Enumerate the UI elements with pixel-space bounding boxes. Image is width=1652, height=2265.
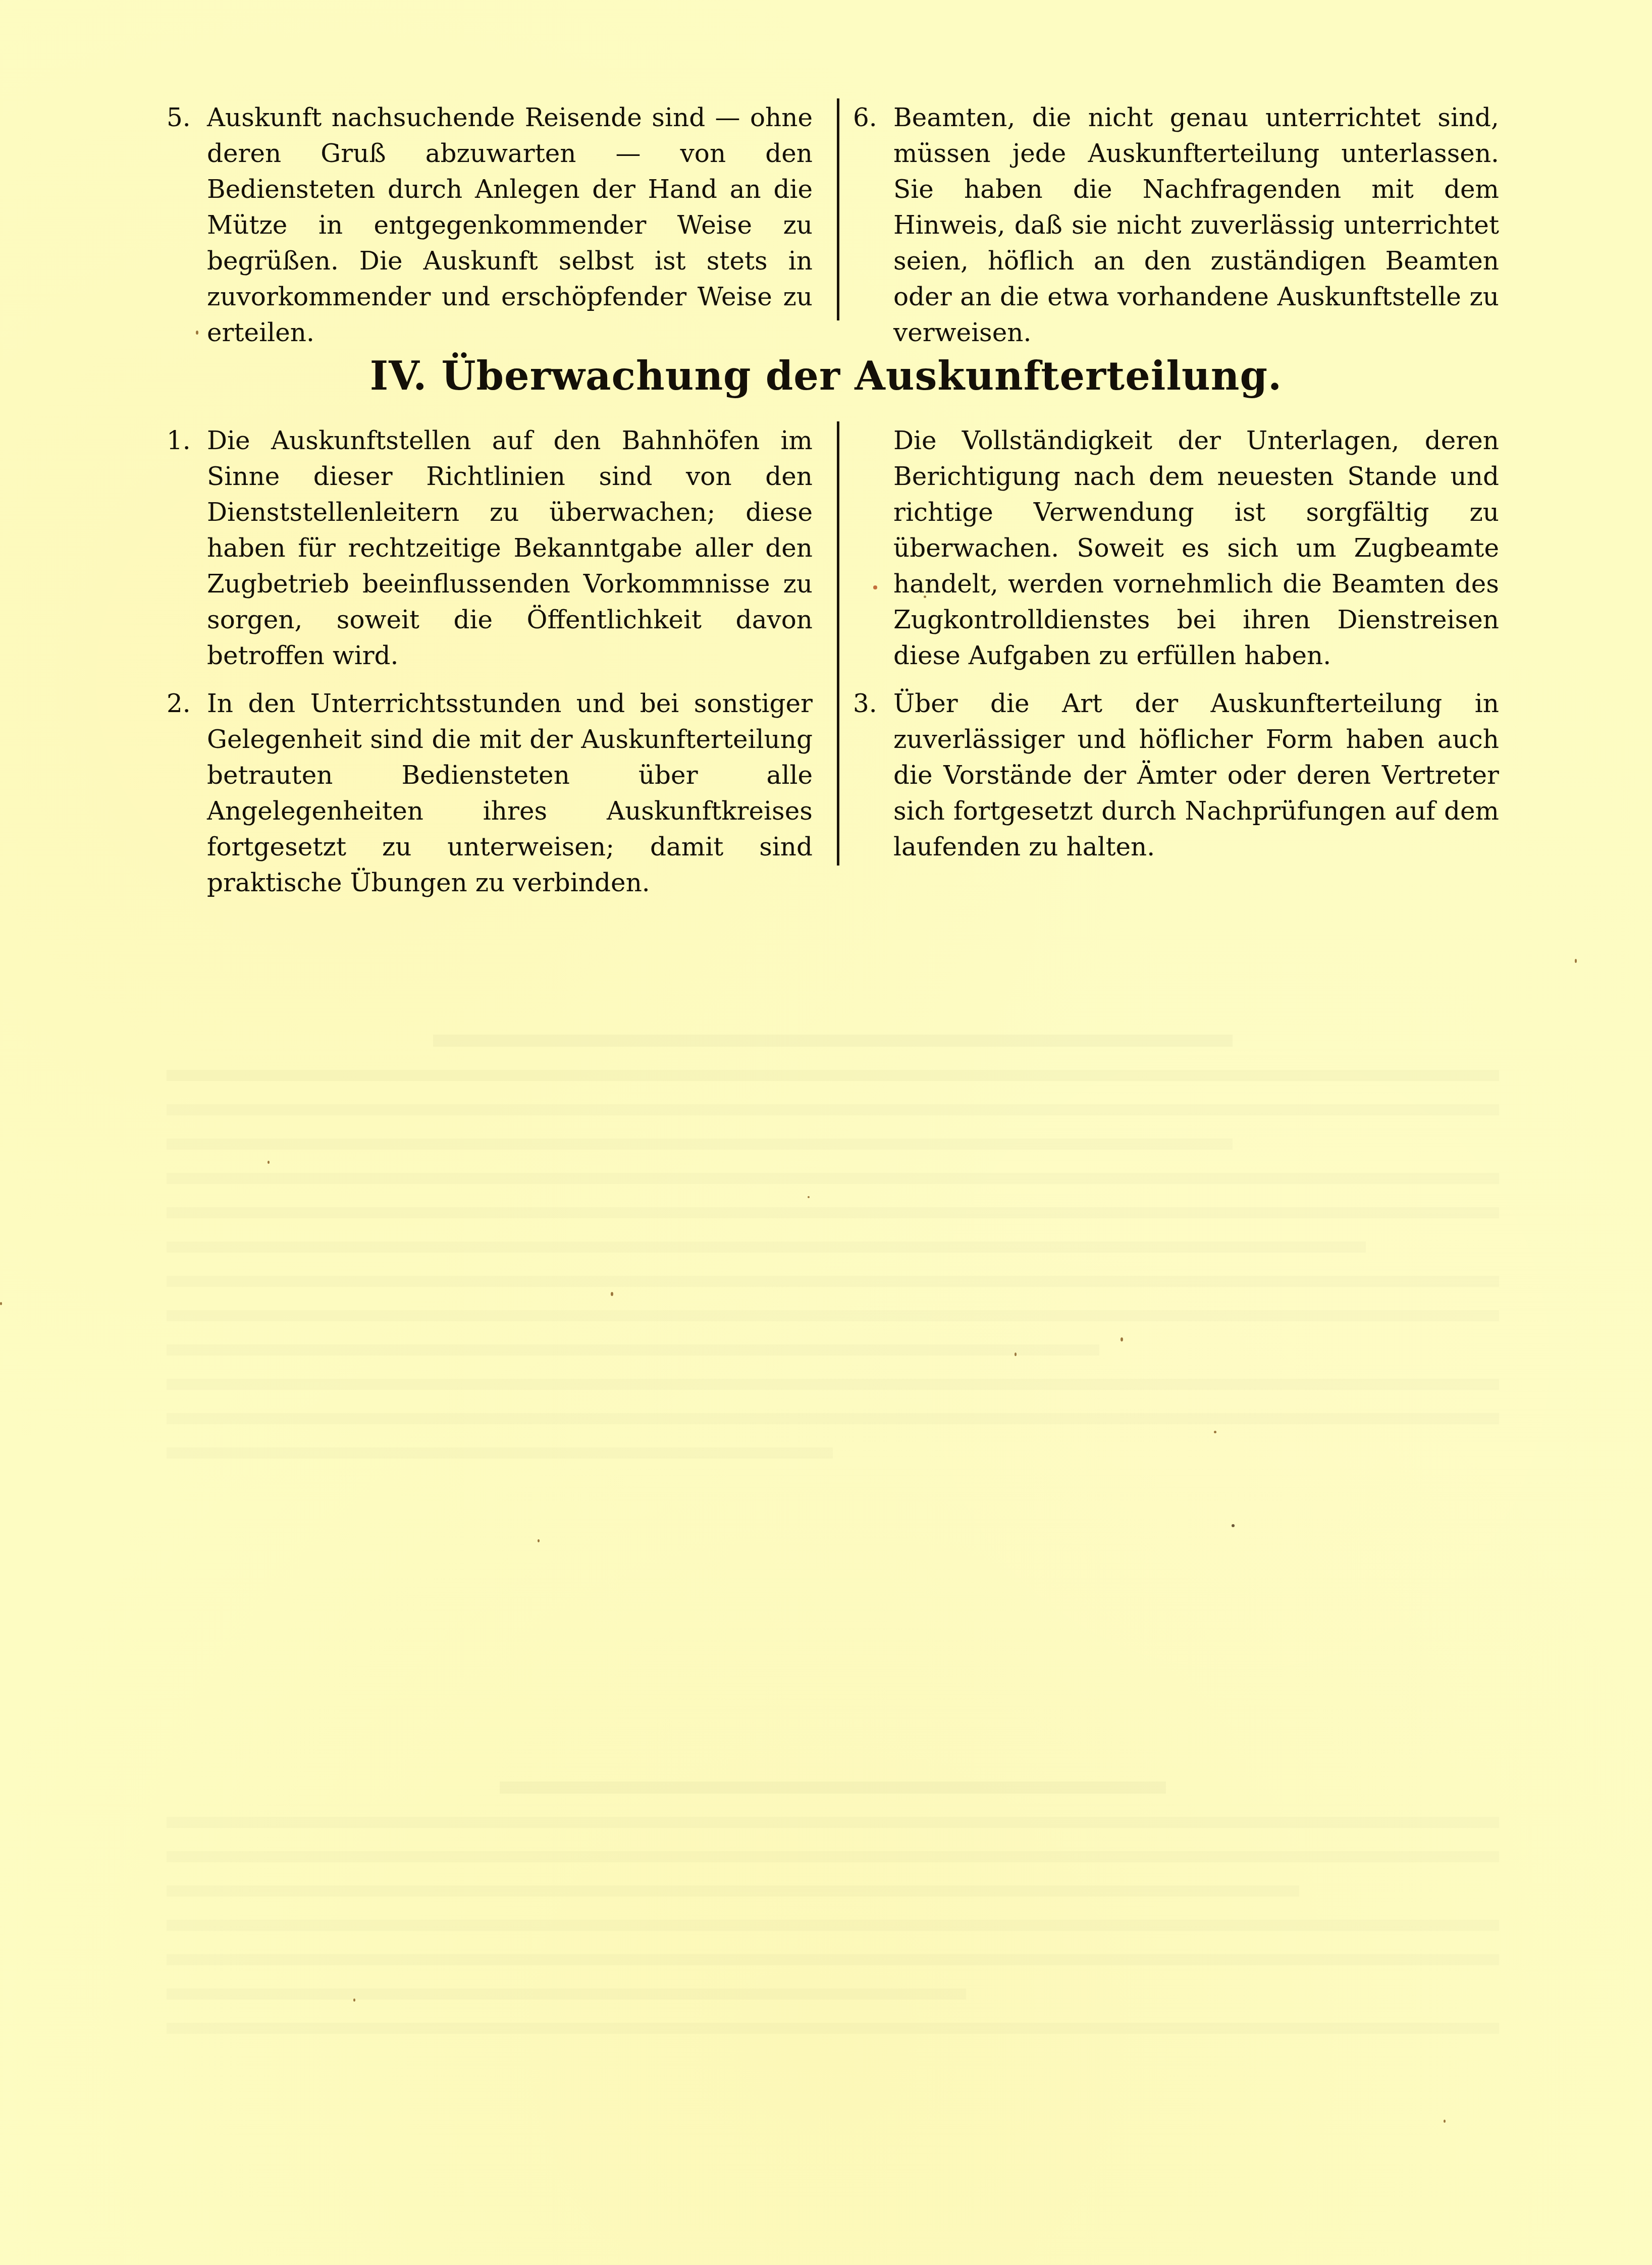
paper-speck bbox=[1575, 959, 1577, 963]
top-section: 5. Auskunft nachsuchende Reisende sind —… bbox=[167, 100, 1499, 363]
item-number: 6. bbox=[853, 100, 893, 351]
item-number: 1. bbox=[167, 423, 207, 674]
bottom-right-column: Die Vollständigkeit der Unterlagen, dere… bbox=[833, 423, 1499, 913]
list-item-5: 5. Auskunft nachsuchende Reisende sind —… bbox=[167, 100, 813, 351]
item-number: 3. bbox=[853, 686, 893, 865]
bottom-section: 1. Die Auskunftstellen auf den Bahnhöfen… bbox=[167, 423, 1499, 913]
bottom-left-column: 1. Die Auskunftstellen auf den Bahnhöfen… bbox=[167, 423, 833, 913]
paper-speck bbox=[924, 596, 926, 598]
item-text: Die Auskunftstellen auf den Bahnhöfen im… bbox=[207, 423, 813, 674]
bleed-through-area bbox=[167, 1035, 1499, 1691]
list-item-3: 3. Über die Art der Auskunfterteilung in… bbox=[853, 686, 1499, 865]
item-text: In den Unterrichtsstunden und bei sonsti… bbox=[207, 686, 813, 901]
item-text: Über die Art der Auskunfterteilung in zu… bbox=[893, 686, 1499, 865]
item-text: Auskunft nachsuchende Reisende sind — oh… bbox=[207, 100, 813, 351]
list-item-2: 2. In den Unterrichtsstunden und bei son… bbox=[167, 686, 813, 901]
paper-speck bbox=[0, 1302, 2, 1305]
paper-speck bbox=[873, 585, 877, 589]
list-item-6: 6. Beamten, die nicht genau unterrichtet… bbox=[853, 100, 1499, 351]
bleed-through-area bbox=[167, 1782, 1499, 2236]
section-heading: IV. Überwachung der Auskunfterteilung. bbox=[0, 353, 1652, 399]
paper-speck bbox=[196, 331, 198, 335]
top-left-column: 5. Auskunft nachsuchende Reisende sind —… bbox=[167, 100, 833, 363]
list-item-1: 1. Die Auskunftstellen auf den Bahnhöfen… bbox=[167, 423, 813, 674]
item-number: 5. bbox=[167, 100, 207, 351]
continuation-paragraph: Die Vollständigkeit der Unterlagen, dere… bbox=[853, 423, 1499, 674]
top-right-column: 6. Beamten, die nicht genau unterrichtet… bbox=[833, 100, 1499, 363]
item-text: Beamten, die nicht genau unterrichtet si… bbox=[893, 100, 1499, 351]
document-page: 5. Auskunft nachsuchende Reisende sind —… bbox=[0, 0, 1652, 2265]
item-number: 2. bbox=[167, 686, 207, 901]
